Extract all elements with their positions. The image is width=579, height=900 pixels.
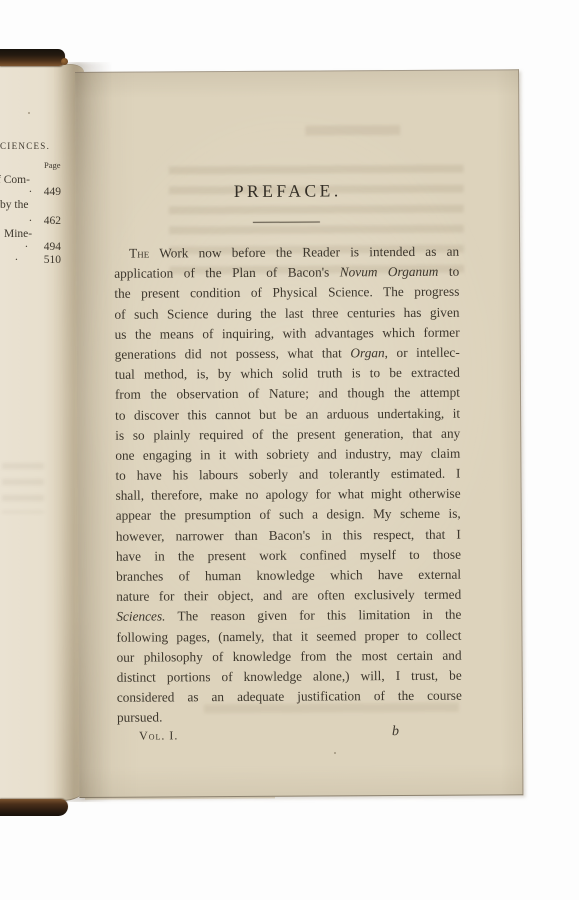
preface-line: The Work now before the Reader is intend… xyxy=(114,242,459,264)
heading-rule xyxy=(253,222,320,223)
volume-label: Vol. I. xyxy=(139,728,178,743)
toc-leader-dot: . xyxy=(15,251,18,263)
preface-line: tual method, is, by which solid truth is… xyxy=(115,363,460,385)
toc-leader-dot: . xyxy=(29,183,32,195)
preface-line: from the observation of Nature; and thou… xyxy=(115,383,460,405)
preface-line: to discover this cannot but be an arduou… xyxy=(115,403,460,425)
toc-page-number: 462 xyxy=(37,215,61,227)
preface-line: pursued. xyxy=(117,706,462,728)
preface-line: us the means of inquiring, with advantag… xyxy=(115,322,460,344)
toc-page-number: 494 xyxy=(37,241,61,253)
preface-line: of such Science during the last three ce… xyxy=(114,302,459,324)
toc-page-number: 510 xyxy=(37,254,61,266)
dust-speck xyxy=(28,112,30,114)
book-photograph: CIENCES. Page f Com- . 449 by the . 462 … xyxy=(0,0,579,900)
toc-leader-dot: . xyxy=(29,212,32,224)
bleed-through-ghost xyxy=(2,463,44,513)
preface-line: to have his labours soberly and tolerant… xyxy=(115,464,460,486)
signature-mark: b xyxy=(392,724,399,740)
preface-line: branches of human knowledge which have e… xyxy=(116,565,461,587)
preface-line: the present condition of Physical Scienc… xyxy=(114,282,459,304)
preface-line: Sciences. The reason given for this limi… xyxy=(116,605,461,627)
preface-line: following pages, (namely, that it seemed… xyxy=(116,625,461,647)
preface-line: appear the presumption of such a design.… xyxy=(116,504,461,526)
preface-line: is so plainly required of the present ge… xyxy=(115,423,460,445)
book-cover-spine-bottom xyxy=(0,799,68,816)
dust-speck xyxy=(334,752,336,754)
toc-entry-fragment: f Com- xyxy=(0,174,30,186)
preface-line: one engaging in it with sobriety and ind… xyxy=(115,444,460,466)
page-title: PREFACE. xyxy=(76,179,500,203)
preface-line: our philosophy of knowledge from the mos… xyxy=(117,645,462,667)
preface-line: application of the Plan of Bacon's Novum… xyxy=(114,262,459,284)
right-page: PREFACE. The Work now before the Reader … xyxy=(75,69,523,798)
preface-line: nature for their object, and are often e… xyxy=(116,585,461,607)
toc-leader-dot: . xyxy=(25,238,28,250)
preface-line: however, narrower than Bacon's in this r… xyxy=(116,524,461,546)
toc-page-column-label: Page xyxy=(44,160,61,170)
preface-line: distinct portions of knowledge alone,) w… xyxy=(117,666,462,688)
preface-line: considered as an adequate justification … xyxy=(117,686,462,708)
toc-page-number: 449 xyxy=(37,186,61,198)
preface-line: shall, therefore, make no apology for wh… xyxy=(116,484,461,506)
toc-entry-fragment: by the xyxy=(0,199,28,211)
toc-header-fragment: CIENCES. xyxy=(0,141,50,151)
preface-line: generations did not possess, what that O… xyxy=(115,343,460,365)
preface-text: The Work now before the Reader is intend… xyxy=(114,242,462,729)
preface-line: have in the present work confined myself… xyxy=(116,544,461,566)
bleed-through-ghost xyxy=(305,125,400,136)
book-cover-spine-top xyxy=(0,49,65,66)
